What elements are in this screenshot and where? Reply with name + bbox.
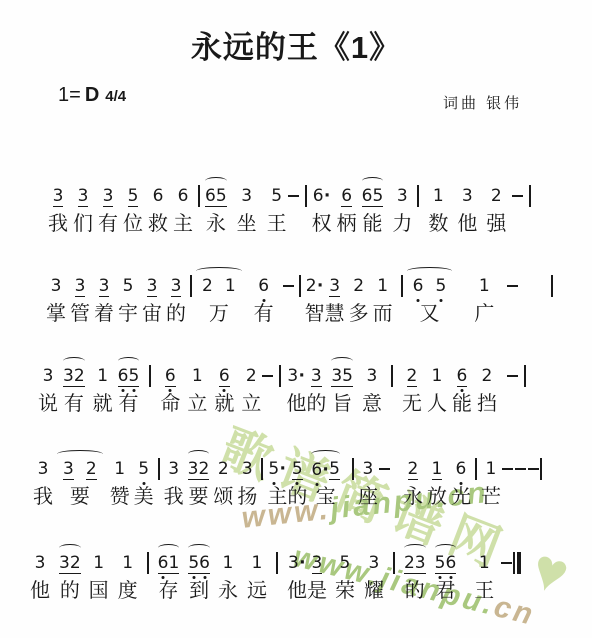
note-group: 3 <box>35 542 46 574</box>
note-row: 1 <box>223 552 234 574</box>
note-digits: 3 <box>75 276 86 297</box>
note-row <box>529 185 531 207</box>
note-group: 3 <box>168 448 179 480</box>
note-group: 3 <box>367 355 378 387</box>
lyric-char: 位 <box>123 211 143 237</box>
barline <box>305 185 307 207</box>
note-row: 1 <box>93 552 104 574</box>
note-row: 32 <box>57 458 103 480</box>
slur-row <box>432 355 443 365</box>
note-digit: 5 <box>128 186 139 207</box>
note-row: 3 <box>367 365 378 387</box>
slur-arc <box>158 544 180 552</box>
note-group: 3 <box>103 175 114 207</box>
note-row <box>524 365 526 387</box>
note-group: 6 <box>165 355 176 387</box>
slur-arc <box>404 544 426 552</box>
note-digits: 3 <box>397 186 408 206</box>
slur-row <box>482 355 493 365</box>
note-digit: 3 <box>462 186 473 206</box>
note-group: 6 <box>258 265 269 297</box>
note-digit: 1 <box>225 276 236 296</box>
note-row: 3 <box>51 275 62 297</box>
note-row: 56 <box>188 552 210 574</box>
note-group: 56 <box>188 542 210 574</box>
note-cell: 5位 <box>123 175 143 237</box>
note-cell: 1王 <box>474 542 494 604</box>
note-digits: 3· <box>288 553 306 573</box>
note-group: 3 <box>171 265 182 297</box>
note-group <box>305 175 307 207</box>
slur-row <box>188 448 210 458</box>
note-cell: 1人 <box>427 355 447 417</box>
lyric-char: 耀 <box>364 578 384 604</box>
note-group: 3 <box>75 265 86 297</box>
slur-row <box>261 355 274 365</box>
note-group <box>149 355 151 387</box>
barline-cell <box>198 175 200 237</box>
lyric-char: 数 <box>428 211 448 237</box>
note-row: 56 <box>435 552 457 574</box>
slur-arc <box>188 544 210 552</box>
note-cell: 6就 <box>214 355 234 417</box>
note-digits: 61 <box>158 553 180 574</box>
note-row: 3 <box>241 185 252 207</box>
note-cell: 3座 <box>358 448 378 510</box>
note-row <box>198 185 200 207</box>
note-digit: 1 <box>432 366 443 386</box>
note-row <box>551 275 553 297</box>
note-group <box>551 265 553 297</box>
duration-dash <box>379 468 390 470</box>
slur-row <box>378 448 391 458</box>
note-row <box>282 275 295 297</box>
note-digits: 2 <box>246 366 257 386</box>
note-digits: 1 <box>252 553 263 573</box>
note-group: 1 <box>122 542 133 574</box>
note-row: 6 <box>341 185 352 207</box>
slur-row <box>292 448 303 458</box>
note-cell: 23的 <box>404 542 426 604</box>
music-line-1: 3我3们3有5位6救6主65永3坐5王6·权6柄65能3力1数3他2强 <box>48 175 531 237</box>
note-digits: 3 <box>329 276 340 297</box>
lyric-char: 宇 <box>118 301 138 327</box>
note-cell: 6救 <box>148 175 168 237</box>
note-group: 5 <box>123 265 134 297</box>
slur-row <box>311 355 322 365</box>
note-group: 1 <box>432 355 443 387</box>
note-cell: 3着 <box>94 265 114 327</box>
note-group: 6 <box>457 355 468 387</box>
note-cell: 6·5宝 <box>311 448 340 510</box>
lyric-char: 的 <box>166 301 186 327</box>
slur-row <box>97 355 108 365</box>
note-group: 1 <box>97 355 108 387</box>
note-digits: 65 <box>407 276 453 296</box>
note-row: 3 <box>363 458 374 480</box>
barline-cell <box>540 448 542 510</box>
note-digit: 3 <box>329 276 340 297</box>
music-line-3: 3说32有1就65有6命1立6就2立3·他3的35旨3意2无1人6能2挡 <box>38 355 526 417</box>
note-row <box>305 185 307 207</box>
slur-row <box>353 265 364 275</box>
slur-arc <box>118 357 140 365</box>
barline <box>190 275 192 297</box>
note-digit: 5 <box>128 366 139 387</box>
note-group <box>514 448 527 480</box>
note-group: 65 <box>118 355 140 387</box>
note-group: 2 <box>491 175 502 207</box>
note-group: 3 <box>397 175 408 207</box>
slur-row <box>223 542 234 552</box>
note-row: 3 <box>99 275 110 297</box>
note-digits: 2 <box>491 186 502 206</box>
note-row: 65 <box>205 185 227 207</box>
lyric-char: 永 <box>206 211 226 237</box>
slur-row <box>218 448 229 458</box>
lyric-char: 坐 <box>237 211 257 237</box>
note-digits: 6· <box>313 186 331 206</box>
slur-row <box>198 175 200 185</box>
dash-cell <box>501 448 514 510</box>
note-digits: 3 <box>312 553 323 574</box>
lyric-char: 管 <box>70 301 90 327</box>
barline-cell <box>276 542 278 604</box>
note-digits: 2· <box>306 276 324 296</box>
slur-row <box>287 355 305 365</box>
slur-row <box>527 448 540 458</box>
note-digit: 6 <box>158 553 169 574</box>
duration-dash <box>528 468 539 470</box>
note-digit: 3 <box>288 553 299 573</box>
music-line-2: 3掌3管3着5宇3宙3的21万6有2·智3慧2多1而65又1广 <box>46 265 553 327</box>
slur-row <box>53 175 64 185</box>
note-row <box>299 275 301 297</box>
note-digits: 1 <box>93 553 104 573</box>
note-digit: 3 <box>168 459 179 479</box>
note-cell: 3·他 <box>287 542 307 604</box>
note-row <box>279 365 281 387</box>
lyric-char: 有 <box>64 391 84 417</box>
note-row: 6 <box>456 458 467 480</box>
note-row: 6· <box>313 185 331 207</box>
slur-row <box>59 542 81 552</box>
note-group: 3 <box>51 265 62 297</box>
note-digits: 3 <box>99 276 110 297</box>
note-row: 3 <box>242 458 253 480</box>
note-row: 65 <box>118 365 140 387</box>
note-cell: 1芒 <box>481 448 501 510</box>
note-digit: 3 <box>311 366 322 387</box>
key-signature: 1=D4/4 <box>58 84 126 107</box>
duration-dash <box>512 195 523 197</box>
time-signature: 4/4 <box>105 88 126 105</box>
note-row: 3 <box>397 185 408 207</box>
slur-row <box>456 448 467 458</box>
slur-row <box>138 448 149 458</box>
note-group: 1 <box>377 265 388 297</box>
note-cell: 3·他 <box>286 355 306 417</box>
note-row <box>540 458 542 480</box>
note-digit: 1 <box>114 459 125 479</box>
note-cell: 32要 <box>188 448 210 510</box>
slur-row <box>51 265 62 275</box>
note-row: 2 <box>218 458 229 480</box>
note-cell: 3坐 <box>237 175 257 237</box>
note-digits: 6 <box>178 186 189 206</box>
note-digits: 6 <box>258 276 269 296</box>
lyric-char: 放 <box>427 484 447 510</box>
note-group <box>506 355 519 387</box>
note-digit: 3 <box>59 553 70 574</box>
note-digit: 5 <box>372 186 383 207</box>
note-digits: 1 <box>432 366 443 386</box>
note-digit: 6 <box>362 186 373 207</box>
note-group: 1 <box>432 448 443 480</box>
note-group <box>147 542 149 574</box>
note-group: 3 <box>369 542 380 574</box>
lyric-char: 命 <box>160 391 180 417</box>
note-group: 1 <box>114 448 125 480</box>
note-digit: 3 <box>397 186 408 206</box>
note-row: 6 <box>165 365 176 387</box>
note-digits: 5· <box>268 459 286 479</box>
barline <box>524 365 526 387</box>
music-line-4: 3我32要1赞5美3我32要2颂3扬5·主5的6·5宝3座2永1放6光1芒 <box>33 448 542 510</box>
note-digits: 6 <box>153 186 164 206</box>
slur-row <box>407 355 418 365</box>
slur-row <box>435 542 457 552</box>
lyric-char: 有 <box>254 301 274 327</box>
note-cell: 6光 <box>451 448 471 510</box>
note-digits: 1 <box>479 276 490 296</box>
note-digit: 3 <box>99 276 110 297</box>
lyric-char: 芒 <box>481 484 501 510</box>
note-row <box>261 365 274 387</box>
slur-row <box>306 265 324 275</box>
lyric-char: 宝 <box>316 484 336 510</box>
slur-row <box>43 355 54 365</box>
note-digits: 2 <box>408 459 419 480</box>
note-cell: 6主 <box>173 175 193 237</box>
note-digits: 5 <box>123 276 134 296</box>
note-row: 5 <box>128 185 139 207</box>
note-group <box>352 448 354 480</box>
note-digit: 2 <box>408 459 419 480</box>
note-row: 3· <box>287 365 305 387</box>
note-digits: 5 <box>138 459 149 479</box>
note-digits: 65 <box>362 186 384 207</box>
note-digits: 3 <box>367 366 378 386</box>
slur-row <box>529 175 531 185</box>
note-group <box>513 542 521 574</box>
slur-row <box>118 355 140 365</box>
slur-row <box>408 448 419 458</box>
lyric-char: 主 <box>173 211 193 237</box>
slur-row <box>524 355 526 365</box>
duration-dash <box>283 285 294 287</box>
note-group <box>287 175 300 207</box>
note-digit: 3 <box>363 459 374 479</box>
lyric-char: 又 <box>419 301 439 327</box>
note-digit: 2 <box>407 366 418 387</box>
note-row: 3 <box>75 275 86 297</box>
note-group: 5· <box>268 448 286 480</box>
note-group: 3 <box>242 448 253 480</box>
note-digits: 1 <box>114 459 125 479</box>
slur-row <box>341 175 352 185</box>
note-digit: 3 <box>63 366 74 387</box>
note-digit: 3 <box>75 276 86 297</box>
note-cell: 1而 <box>373 265 393 327</box>
note-row <box>391 365 393 387</box>
slur-row <box>514 448 527 458</box>
note-group <box>524 355 526 387</box>
note-row: 1 <box>479 552 490 574</box>
slur-row <box>506 355 519 365</box>
note-cell: 1就 <box>93 355 113 417</box>
slur-row <box>78 175 89 185</box>
dot-after: · <box>324 186 331 206</box>
note-group: 3 <box>462 175 473 207</box>
note-group: 2 <box>482 355 493 387</box>
note-group <box>540 448 542 480</box>
note-group <box>529 175 531 207</box>
note-group: 3 <box>38 448 49 480</box>
note-digits: 3 <box>168 459 179 479</box>
note-digit: 3 <box>369 553 380 573</box>
note-group <box>501 448 514 480</box>
lyric-char: 赞 <box>110 484 130 510</box>
note-group <box>393 542 395 574</box>
note-cell: 5的 <box>287 448 307 510</box>
note-group: 3 <box>53 175 64 207</box>
music-line-5: 3他32的1国1度61存56到1永1远3·他3是5荣3耀23的56君1王 <box>30 542 521 604</box>
lyric-char: 君 <box>435 578 455 604</box>
note-digit: 3 <box>331 366 342 387</box>
note-digit: 5 <box>138 459 149 479</box>
note-row <box>514 458 527 480</box>
note-cell: 5·主 <box>267 448 287 510</box>
note-digit: 6 <box>445 553 456 574</box>
note-group: 1 <box>479 265 490 297</box>
note-cell: 5荣 <box>335 542 355 604</box>
note-cell: 3他 <box>457 175 477 237</box>
barline <box>198 185 200 207</box>
note-digit: 6 <box>153 186 164 206</box>
slur-row <box>188 542 210 552</box>
lyric-char: 他 <box>286 391 306 417</box>
barline-cell <box>261 448 263 510</box>
note-group: 6 <box>153 175 164 207</box>
note-row: 3 <box>103 185 114 207</box>
lyric-char: 永 <box>218 578 238 604</box>
dash-cell <box>527 448 540 510</box>
note-row: 3 <box>462 185 473 207</box>
note-cell: 3管 <box>70 265 90 327</box>
slur-row <box>38 448 49 458</box>
duration-dash <box>507 375 518 377</box>
note-digits: 32 <box>59 553 81 574</box>
note-digits: 2 <box>353 276 364 296</box>
slur-row <box>93 542 104 552</box>
note-group: 6·5 <box>311 448 340 480</box>
barline <box>352 458 354 480</box>
duration-dash <box>507 285 518 287</box>
lyric-char: 美 <box>134 484 154 510</box>
slur-row <box>103 175 114 185</box>
slur-row <box>165 355 176 365</box>
note-cell: 1赞 <box>110 448 130 510</box>
duration-dash <box>515 468 526 470</box>
note-digit: 3 <box>53 186 64 207</box>
note-row <box>501 458 514 480</box>
slur-row <box>391 355 393 365</box>
note-cell: 1永 <box>218 542 238 604</box>
note-row: 5 <box>138 458 149 480</box>
note-cell: 2多 <box>349 265 369 327</box>
slur-row <box>153 175 164 185</box>
note-digit: 2 <box>70 553 81 574</box>
note-digits: 3· <box>287 366 305 386</box>
note-digits: 1 <box>377 276 388 296</box>
note-digits: 3 <box>363 459 374 479</box>
final-barline <box>513 552 521 574</box>
note-group: 65 <box>407 265 453 297</box>
slur-row <box>506 265 519 275</box>
slur-row <box>158 448 160 458</box>
note-group: 3 <box>312 542 323 574</box>
note-group <box>158 448 160 480</box>
note-row: 3 <box>329 275 340 297</box>
lyric-char: 说 <box>38 391 58 417</box>
note-row: 1 <box>122 552 133 574</box>
note-group <box>299 265 301 297</box>
slur-row <box>288 542 306 552</box>
slur-row <box>158 542 180 552</box>
note-group: 6· <box>313 175 331 207</box>
note-digits: 3 <box>78 186 89 207</box>
lyric-char: 挡 <box>477 391 497 417</box>
note-group: 3· <box>288 542 306 574</box>
note-cell: 1数 <box>428 175 448 237</box>
note-row: 21 <box>196 275 242 297</box>
duration-dash <box>501 562 512 564</box>
slur-row <box>329 265 340 275</box>
note-digits: 65 <box>205 186 227 207</box>
slur-row <box>282 265 295 275</box>
note-digit: 3 <box>287 366 298 386</box>
note-row: 5 <box>340 552 351 574</box>
barline-cell <box>352 448 354 510</box>
note-cell: 6·权 <box>312 175 332 237</box>
note-row: 3 <box>311 365 322 387</box>
note-digits: 3 <box>462 186 473 206</box>
note-cell: 3有 <box>98 175 118 237</box>
note-row: 1 <box>97 365 108 387</box>
note-group: 1 <box>479 542 490 574</box>
note-digit: 3 <box>367 366 378 386</box>
note-row: 3 <box>35 552 46 574</box>
note-row: 65 <box>362 185 384 207</box>
slur-row <box>369 542 380 552</box>
note-group: 56 <box>435 542 457 574</box>
note-digit: 2 <box>482 366 493 386</box>
dash-cell <box>500 542 513 604</box>
note-row: 1 <box>114 458 125 480</box>
key-tonic: D <box>85 84 99 106</box>
note-digit: 1 <box>93 553 104 573</box>
